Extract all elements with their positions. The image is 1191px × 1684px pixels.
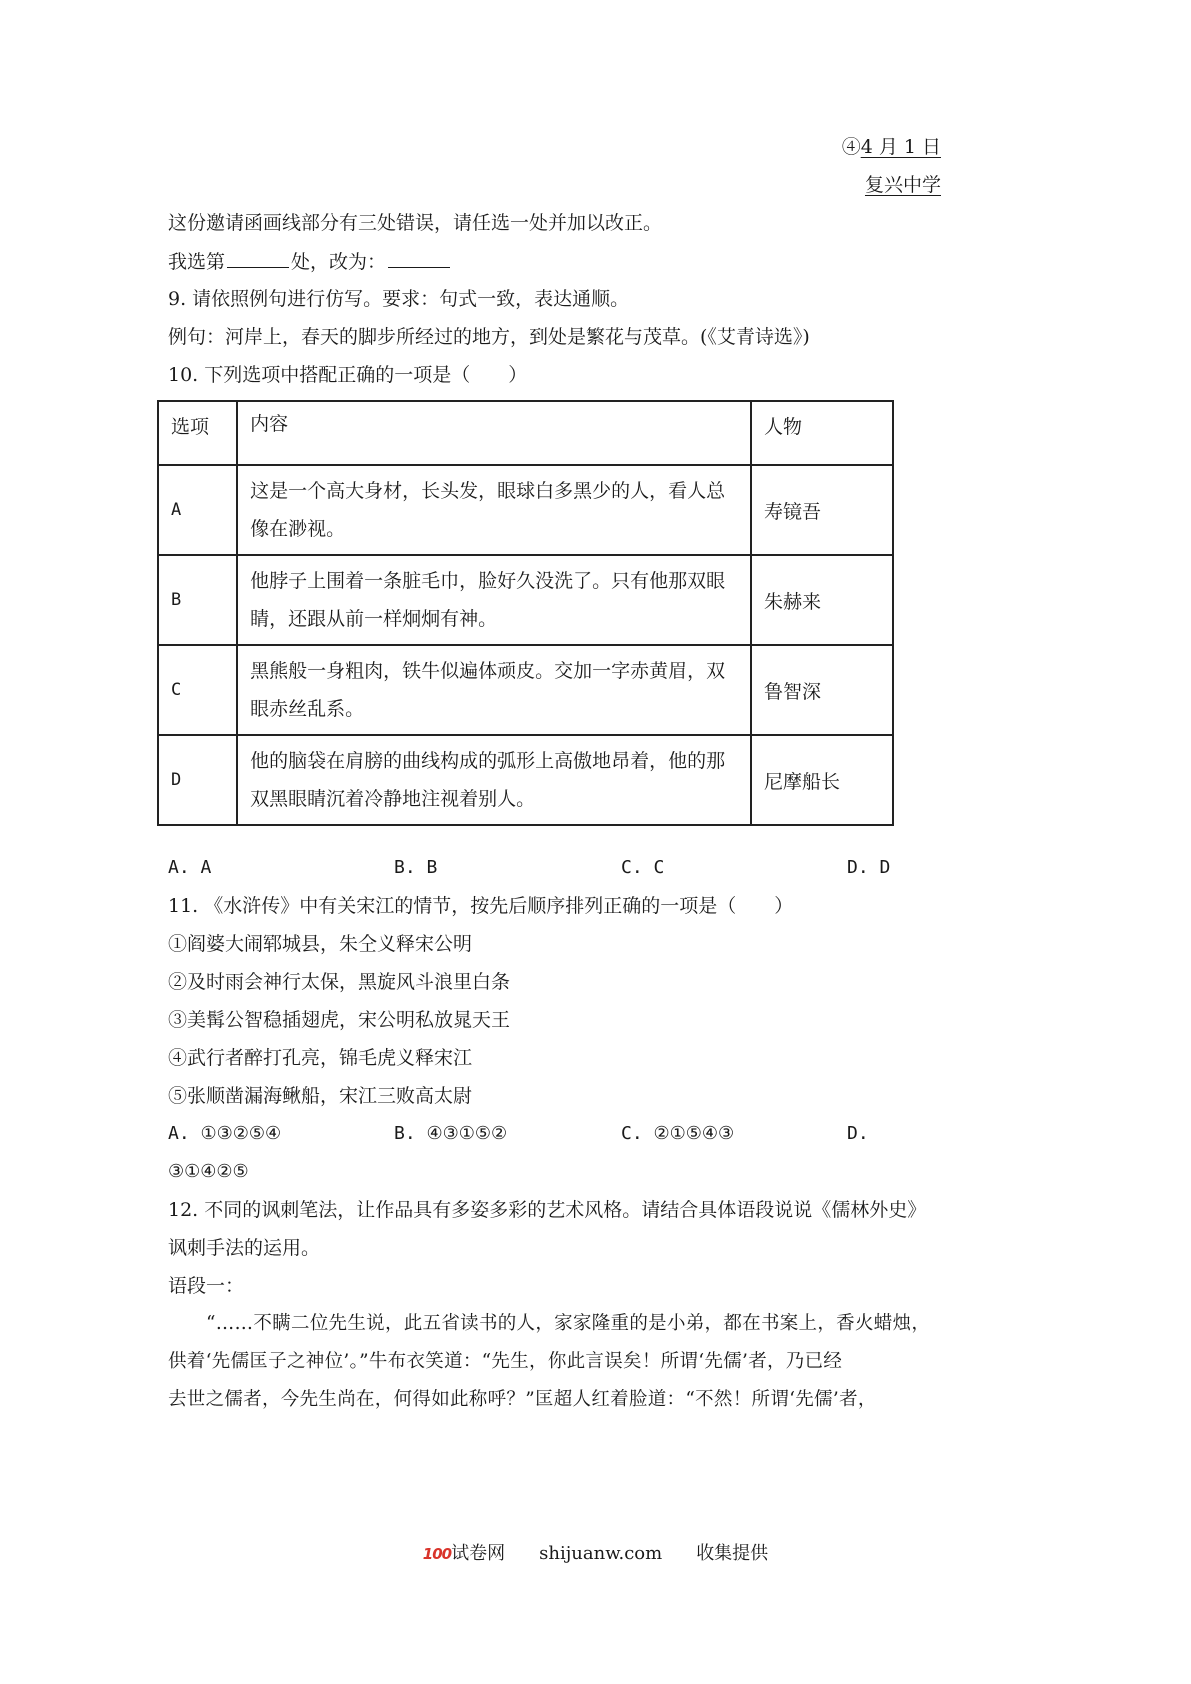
q11-choice-c[interactable]: C. ②①⑤④③ <box>621 1122 734 1146</box>
table-row: A 这是一个高大身材，长头发，眼球白多黑少的人，看人总 像在渺视。 寿镜吾 <box>158 465 893 555</box>
row-content-line: 黑熊般一身粗肉，铁牛似遍体顽皮。交加一字赤黄眉，双 <box>250 652 742 690</box>
q11-choice-d-value[interactable]: ③①④②⑤ <box>168 1160 249 1184</box>
row-person: 朱赫来 <box>751 555 893 645</box>
header-content: 内容 <box>237 401 751 465</box>
row-content: 他脖子上围着一条脏毛巾，脸好久没洗了。只有他那双眼 睛，还跟从前一样炯炯有神。 <box>237 555 751 645</box>
q8-answer-line: 我选第处，改为： <box>168 249 452 274</box>
row-content-line: 睛，还跟从前一样炯炯有神。 <box>250 600 742 638</box>
date-marker: ④ <box>842 136 861 158</box>
row-content-line: 双黑眼睛沉着冷静地注视着别人。 <box>250 780 742 818</box>
q8-answer-prefix: 我选第 <box>168 251 225 273</box>
q10-table: 选项 内容 人物 A 这是一个高大身材，长头发，眼球白多黑少的人，看人总 像在渺… <box>157 400 894 826</box>
row-content-line: 像在渺视。 <box>250 510 742 548</box>
q10-choice-d[interactable]: D. D <box>847 856 890 880</box>
row-content-line: 他的脑袋在肩膀的曲线构成的弧形上高傲地昂着，他的那 <box>250 742 742 780</box>
table-header-row: 选项 内容 人物 <box>158 401 893 465</box>
header-person: 人物 <box>751 401 893 465</box>
row-content-line: 这是一个高大身材，长头发，眼球白多黑少的人，看人总 <box>250 472 742 510</box>
q11-item: ①阎婆大闹郓城县，朱仝义释宋公明 <box>168 932 472 956</box>
q8-instruction: 这份邀请函画线部分有三处错误，请任选一处并加以改正。 <box>168 211 662 235</box>
page-footer: 100试卷网shijuanw.com收集提供 <box>0 1542 1191 1566</box>
q10-choice-c[interactable]: C. C <box>621 856 664 880</box>
row-content: 他的脑袋在肩膀的曲线构成的弧形上高傲地昂着，他的那 双黑眼睛沉着冷静地注视着别人… <box>237 735 751 825</box>
q10-choice-b[interactable]: B. B <box>394 856 437 880</box>
site-domain[interactable]: shijuanw.com <box>539 1543 662 1564</box>
row-content: 黑熊般一身粗肉，铁牛似遍体顽皮。交加一字赤黄眉，双 眼赤丝乱系。 <box>237 645 751 735</box>
row-content: 这是一个高大身材，长头发，眼球白多黑少的人，看人总 像在渺视。 <box>237 465 751 555</box>
row-person: 寿镜吾 <box>751 465 893 555</box>
q9-prompt: 9. 请依照例句进行仿写。要求：句式一致，表达通顺。 <box>168 287 629 311</box>
q10-prompt: 10. 下列选项中搭配正确的一项是（ ） <box>168 363 527 387</box>
passage-line: 供着‘先儒匡子之神位’。”牛布衣笑道：“先生，你此言误矣！所谓‘先儒’者，乃已经 <box>168 1350 940 1374</box>
q12-prompt-line2: 讽刺手法的运用。 <box>168 1236 320 1260</box>
q8-answer-mid: 处，改为： <box>291 251 386 273</box>
q9-example: 例句：河岸上，春天的脚步所经过的地方，到处是繁花与茂草。(《艾青诗选》) <box>168 325 810 349</box>
q11-item: ⑤张顺凿漏海鳅船，宋江三败高太尉 <box>168 1084 472 1108</box>
row-option: B <box>158 555 237 645</box>
passage-line: 去世之儒者，今先生尚在，何得如此称呼？”匡超人红着脸道：“不然！所谓‘先儒’者， <box>168 1388 940 1412</box>
exam-page: ④4 月 1 日 复兴中学 这份邀请函画线部分有三处错误，请任选一处并加以改正。… <box>0 0 1191 1684</box>
date-text: 4 月 1 日 <box>861 136 941 158</box>
invitation-date: ④4 月 1 日 <box>842 135 941 159</box>
q11-item: ③美髯公智稳插翅虎，宋公明私放晁天王 <box>168 1008 510 1032</box>
passage-line: “……不瞒二位先生说，此五省读书的人，家家隆重的是小弟，都在书案上，香火蜡烛， <box>168 1312 940 1336</box>
site-logo-icon: 100 <box>423 1545 451 1563</box>
site-name: 试卷网 <box>451 1543 505 1564</box>
table-row: C 黑熊般一身粗肉，铁牛似遍体顽皮。交加一字赤黄眉，双 眼赤丝乱系。 鲁智深 <box>158 645 893 735</box>
q11-choice-a[interactable]: A. ①③②⑤④ <box>168 1122 281 1146</box>
q11-item: ②及时雨会神行太保，黑旋风斗浪里白条 <box>168 970 510 994</box>
row-content-line: 眼赤丝乱系。 <box>250 690 742 728</box>
q8-blank-correction[interactable] <box>388 249 450 268</box>
site-credit: 收集提供 <box>696 1543 768 1564</box>
q12-passage-label: 语段一： <box>168 1274 244 1298</box>
row-person: 鲁智深 <box>751 645 893 735</box>
q11-choice-b[interactable]: B. ④③①⑤② <box>394 1122 507 1146</box>
q10-choice-a[interactable]: A. A <box>168 856 211 880</box>
q11-item: ④武行者醉打孔亮，锦毛虎义释宋江 <box>168 1046 472 1070</box>
row-option: D <box>158 735 237 825</box>
row-person: 尼摩船长 <box>751 735 893 825</box>
row-option: A <box>158 465 237 555</box>
invitation-signature: 复兴中学 <box>865 173 941 197</box>
q11-choice-d[interactable]: D. <box>847 1122 869 1146</box>
signature-text: 复兴中学 <box>865 174 941 196</box>
table-row: D 他的脑袋在肩膀的曲线构成的弧形上高傲地昂着，他的那 双黑眼睛沉着冷静地注视着… <box>158 735 893 825</box>
table-row: B 他脖子上围着一条脏毛巾，脸好久没洗了。只有他那双眼 睛，还跟从前一样炯炯有神… <box>158 555 893 645</box>
row-option: C <box>158 645 237 735</box>
header-option: 选项 <box>158 401 237 465</box>
q11-prompt: 11. 《水浒传》中有关宋江的情节，按先后顺序排列正确的一项是（ ） <box>168 894 793 918</box>
q8-blank-position[interactable] <box>227 249 289 268</box>
row-content-line: 他脖子上围着一条脏毛巾，脸好久没洗了。只有他那双眼 <box>250 562 742 600</box>
q12-prompt-line1: 12. 不同的讽刺笔法，让作品具有多姿多彩的艺术风格。请结合具体语段说说《儒林外… <box>168 1198 926 1222</box>
